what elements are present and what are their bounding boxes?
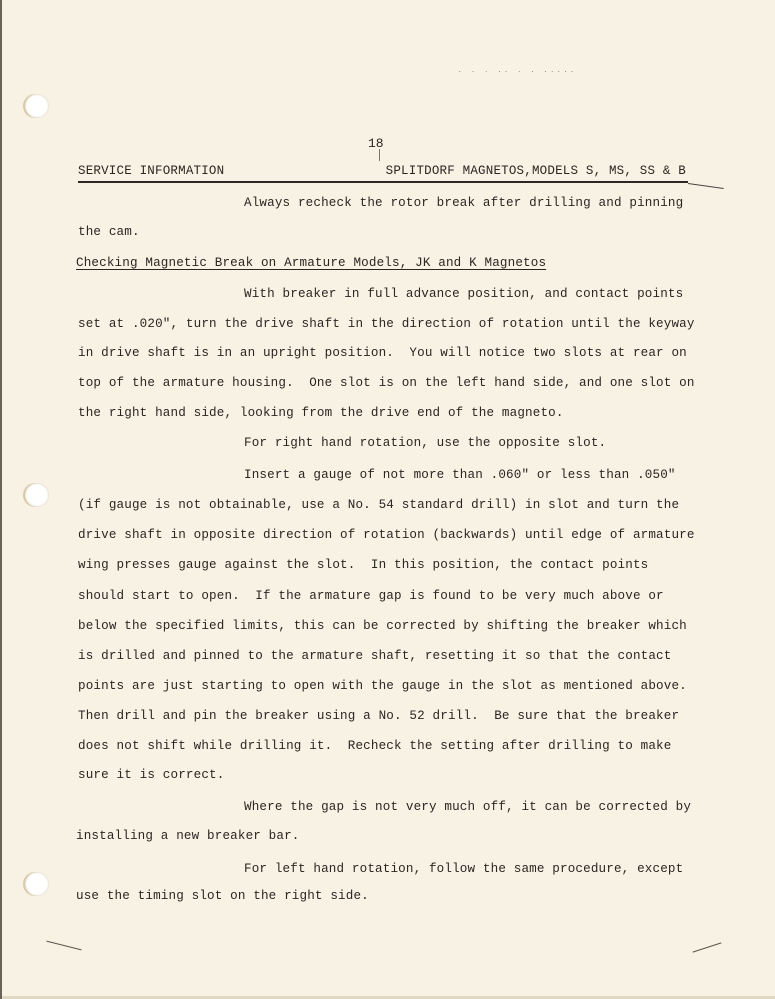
body-line: should start to open. If the armature ga… bbox=[78, 589, 664, 603]
body-line: For left hand rotation, follow the same … bbox=[244, 862, 683, 876]
body-line: (if gauge is not obtainable, use a No. 5… bbox=[78, 498, 679, 512]
body-line: installing a new breaker bar. bbox=[76, 829, 300, 843]
page-number: 18 bbox=[368, 136, 384, 151]
body-line: below the specified limits, this can be … bbox=[78, 619, 687, 633]
body-line: top of the armature housing. One slot is… bbox=[78, 376, 695, 390]
body-line: points are just starting to open with th… bbox=[78, 679, 687, 693]
document-page: . . . .. . . ..... 18 SERVICE INFORMATIO… bbox=[0, 0, 775, 999]
header-rule bbox=[78, 181, 688, 183]
body-line: Insert a gauge of not more than .060" or… bbox=[244, 468, 676, 482]
header-right: SPLITDORF MAGNETOS,MODELS S, MS, SS & B bbox=[386, 164, 686, 178]
corner-mark bbox=[693, 942, 722, 952]
body-line: wing presses gauge against the slot. In … bbox=[78, 558, 648, 572]
section-heading: Checking Magnetic Break on Armature Mode… bbox=[76, 256, 546, 270]
body-line: Then drill and pin the breaker using a N… bbox=[78, 709, 679, 723]
body-line: For right hand rotation, use the opposit… bbox=[244, 436, 606, 450]
page-number-tick bbox=[379, 149, 380, 161]
body-line: does not shift while drilling it. Rechec… bbox=[78, 739, 671, 753]
punch-hole bbox=[25, 94, 49, 118]
body-line: drive shaft in opposite direction of rot… bbox=[78, 528, 695, 542]
body-line: in drive shaft is in an upright position… bbox=[78, 346, 687, 360]
body-line: the cam. bbox=[78, 225, 140, 239]
body-line: the right hand side, looking from the dr… bbox=[78, 406, 564, 420]
body-line: With breaker in full advance position, a… bbox=[244, 287, 683, 301]
body-line: Where the gap is not very much off, it c… bbox=[244, 800, 691, 814]
corner-mark bbox=[46, 941, 81, 951]
header-left: SERVICE INFORMATION bbox=[78, 164, 224, 178]
body-line: is drilled and pinned to the armature sh… bbox=[78, 649, 671, 663]
body-line: use the timing slot on the right side. bbox=[76, 889, 369, 903]
body-line: Always recheck the rotor break after dri… bbox=[244, 196, 683, 210]
body-line: sure it is correct. bbox=[78, 768, 224, 782]
page-header: SERVICE INFORMATION SPLITDORF MAGNETOS,M… bbox=[78, 164, 686, 178]
punch-hole bbox=[25, 483, 49, 507]
body-line: set at .020", turn the drive shaft in th… bbox=[78, 317, 695, 331]
stray-marks: . . . .. . . ..... bbox=[458, 67, 577, 74]
punch-hole bbox=[25, 872, 49, 896]
header-rule-tail bbox=[688, 183, 724, 189]
